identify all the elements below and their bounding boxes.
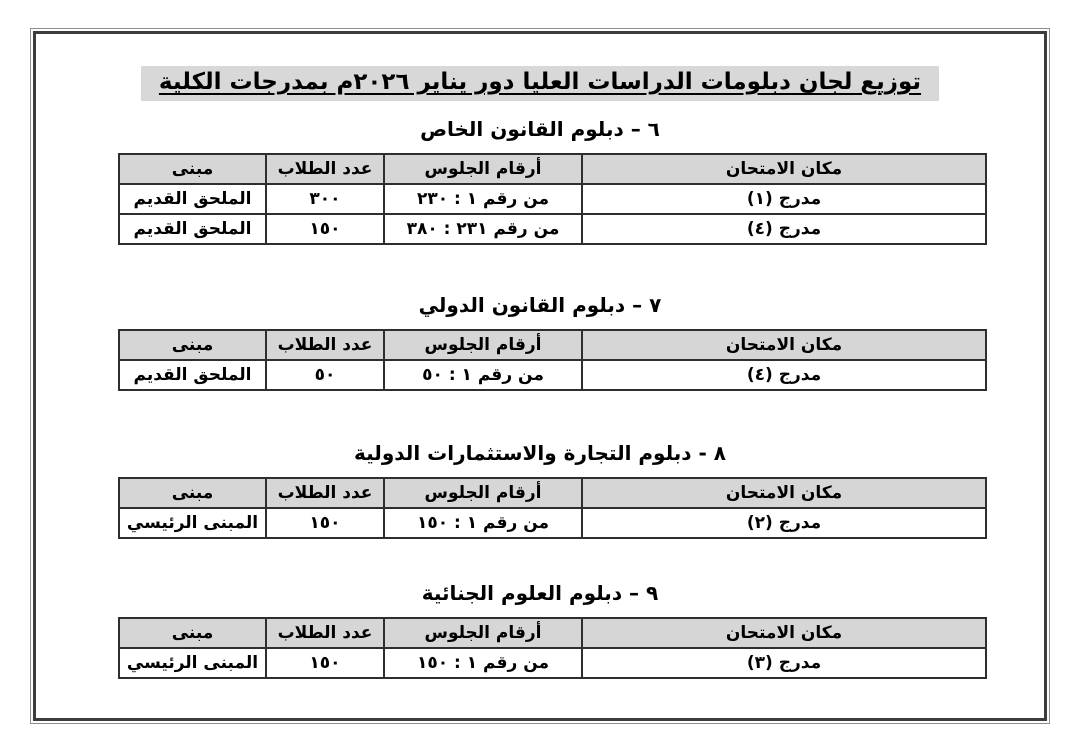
column-header-exam-place: مكان الامتحان xyxy=(582,330,986,360)
section-heading-private-law: ٦ – دبلوم القانون الخاص xyxy=(0,117,1080,141)
table-header-row: مكان الامتحان أرقام الجلوس عدد الطلاب مب… xyxy=(119,618,986,648)
cell-building: المبنى الرئيسي xyxy=(119,508,266,538)
cell-seat-numbers: من رقم ١ : ٥٠ xyxy=(384,360,582,390)
table-row: مدرج (٤) من رقم ٢٣١ : ٣٨٠ ١٥٠ الملحق الق… xyxy=(119,214,986,244)
column-header-exam-place: مكان الامتحان xyxy=(582,618,986,648)
column-header-seat-numbers: أرقام الجلوس xyxy=(384,154,582,184)
document-content: توزيع لجان دبلومات الدراسات العليا دور ي… xyxy=(0,0,1080,754)
section-heading-criminal-sciences: ٩ – دبلوم العلوم الجنائية xyxy=(0,581,1080,605)
table-row: مدرج (٢) من رقم ١ : ١٥٠ ١٥٠ المبنى الرئي… xyxy=(119,508,986,538)
document-title: توزيع لجان دبلومات الدراسات العليا دور ي… xyxy=(141,66,939,101)
cell-student-count: ٥٠ xyxy=(266,360,384,390)
column-header-building: مبنى xyxy=(119,478,266,508)
cell-building: الملحق القديم xyxy=(119,214,266,244)
column-header-seat-numbers: أرقام الجلوس xyxy=(384,478,582,508)
cell-seat-numbers: من رقم ١ : ١٥٠ xyxy=(384,648,582,678)
column-header-building: مبنى xyxy=(119,154,266,184)
cell-exam-place: مدرج (١) xyxy=(582,184,986,214)
column-header-seat-numbers: أرقام الجلوس xyxy=(384,618,582,648)
column-header-exam-place: مكان الامتحان xyxy=(582,478,986,508)
table-header-row: مكان الامتحان أرقام الجلوس عدد الطلاب مب… xyxy=(119,478,986,508)
cell-seat-numbers: من رقم ١ : ١٥٠ xyxy=(384,508,582,538)
exam-table-criminal-sciences: مكان الامتحان أرقام الجلوس عدد الطلاب مب… xyxy=(118,617,987,679)
cell-student-count: ١٥٠ xyxy=(266,214,384,244)
exam-table-international-law: مكان الامتحان أرقام الجلوس عدد الطلاب مب… xyxy=(118,329,987,391)
cell-seat-numbers: من رقم ٢٣١ : ٣٨٠ xyxy=(384,214,582,244)
column-header-student-count: عدد الطلاب xyxy=(266,478,384,508)
cell-building: الملحق القديم xyxy=(119,184,266,214)
cell-student-count: ٣٠٠ xyxy=(266,184,384,214)
section-heading-trade-investments: ٨ - دبلوم التجارة والاستثمارات الدولية xyxy=(0,441,1080,465)
column-header-building: مبنى xyxy=(119,330,266,360)
table-row: مدرج (٣) من رقم ١ : ١٥٠ ١٥٠ المبنى الرئي… xyxy=(119,648,986,678)
column-header-seat-numbers: أرقام الجلوس xyxy=(384,330,582,360)
cell-exam-place: مدرج (٢) xyxy=(582,508,986,538)
section-heading-international-law: ٧ – دبلوم القانون الدولي xyxy=(0,293,1080,317)
cell-student-count: ١٥٠ xyxy=(266,508,384,538)
exam-table-trade-investments: مكان الامتحان أرقام الجلوس عدد الطلاب مب… xyxy=(118,477,987,539)
column-header-student-count: عدد الطلاب xyxy=(266,154,384,184)
cell-building: الملحق القديم xyxy=(119,360,266,390)
document-page: { "page": { "title": "توزيع لجان دبلومات… xyxy=(0,0,1080,754)
table-row: مدرج (٤) من رقم ١ : ٥٠ ٥٠ الملحق القديم xyxy=(119,360,986,390)
cell-exam-place: مدرج (٤) xyxy=(582,214,986,244)
table-header-row: مكان الامتحان أرقام الجلوس عدد الطلاب مب… xyxy=(119,330,986,360)
cell-seat-numbers: من رقم ١ : ٢٣٠ xyxy=(384,184,582,214)
cell-exam-place: مدرج (٤) xyxy=(582,360,986,390)
cell-building: المبنى الرئيسي xyxy=(119,648,266,678)
cell-exam-place: مدرج (٣) xyxy=(582,648,986,678)
exam-table-private-law: مكان الامتحان أرقام الجلوس عدد الطلاب مب… xyxy=(118,153,987,245)
title-row: توزيع لجان دبلومات الدراسات العليا دور ي… xyxy=(0,66,1080,101)
column-header-student-count: عدد الطلاب xyxy=(266,618,384,648)
column-header-building: مبنى xyxy=(119,618,266,648)
table-header-row: مكان الامتحان أرقام الجلوس عدد الطلاب مب… xyxy=(119,154,986,184)
column-header-exam-place: مكان الامتحان xyxy=(582,154,986,184)
column-header-student-count: عدد الطلاب xyxy=(266,330,384,360)
cell-student-count: ١٥٠ xyxy=(266,648,384,678)
table-row: مدرج (١) من رقم ١ : ٢٣٠ ٣٠٠ الملحق القدي… xyxy=(119,184,986,214)
